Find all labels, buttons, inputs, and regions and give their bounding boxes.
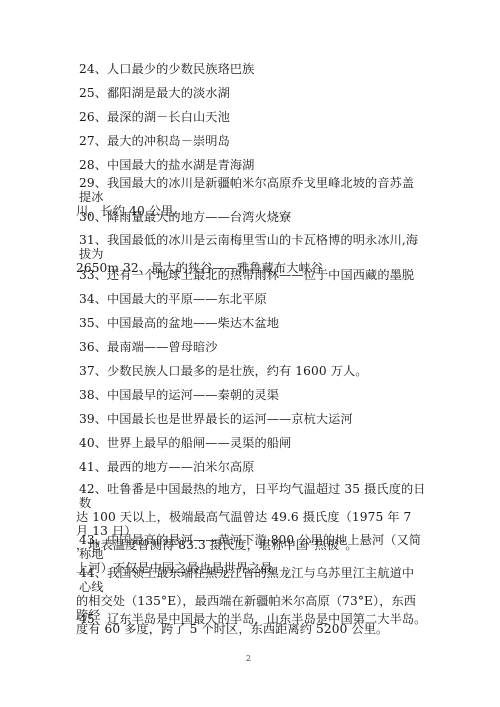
list-item-43-line1: 43、中国最高的悬河——黄河下游 800 公里的地上悬河（又简称地 — [76, 533, 426, 561]
list-item-24: 24、人口最少的少数民族珞巴族 — [79, 62, 429, 76]
list-item-27: 27、最大的冲积岛－崇明岛 — [79, 134, 429, 148]
list-item-40: 40、世界上最早的船闸——灵渠的船闸 — [79, 436, 429, 450]
list-item-39: 39、中国最长也是世界最长的运河——京杭大运河 — [79, 412, 429, 426]
list-item-44-line1: 44、我国领土最东端在黑龙江省的黑龙江与乌苏里江主航道中心线 — [76, 566, 426, 594]
list-item-25: 25、鄱阳湖是最大的淡水湖 — [79, 86, 429, 100]
list-item-38: 38、中国最早的运河——秦朝的灵渠 — [79, 388, 429, 402]
list-item-37: 37、少数民族人口最多的是壮族，约有 1600 万人。 — [79, 364, 429, 378]
list-item-26: 26、最深的湖－长白山天池 — [79, 110, 429, 124]
list-item-30: 30、降雨量最大的地方——台湾火烧寮 — [79, 210, 429, 224]
document-page: 24、人口最少的少数民族珞巴族 25、鄱阳湖是最大的淡水湖 26、最深的湖－长白… — [0, 0, 500, 707]
list-item-41: 41、最西的地方——泊米尔高原 — [79, 460, 429, 474]
list-item-29-line1: 29、我国最大的冰川是新疆帕米尔高原乔戈里峰北坡的音苏盖提冰 — [76, 176, 426, 204]
page-number: 2 — [246, 654, 251, 663]
list-item-45: 45、辽东半岛是中国最大的半岛，山东半岛是中国第二大半岛。 — [79, 612, 429, 626]
list-item-36: 36、最南端——曾母暗沙 — [79, 340, 429, 354]
list-item-42-line1: 42、吐鲁番是中国最热的地方，日平均气温超过 35 摄氏度的日数 — [76, 482, 426, 510]
list-item-28: 28、中国最大的盐水湖是青海湖 — [79, 158, 429, 172]
list-item-33: 33、还有一个地球上最北的热带雨林——位于中国西藏的墨脱 — [79, 268, 429, 282]
list-item-35: 35、中国最高的盆地——柴达木盆地 — [79, 316, 429, 330]
list-item-31-line1: 31、我国最低的冰川是云南梅里雪山的卡瓦格博的明永冰川,海拔为 — [76, 233, 426, 261]
list-item-34: 34、中国最大的平原——东北平原 — [79, 292, 429, 306]
